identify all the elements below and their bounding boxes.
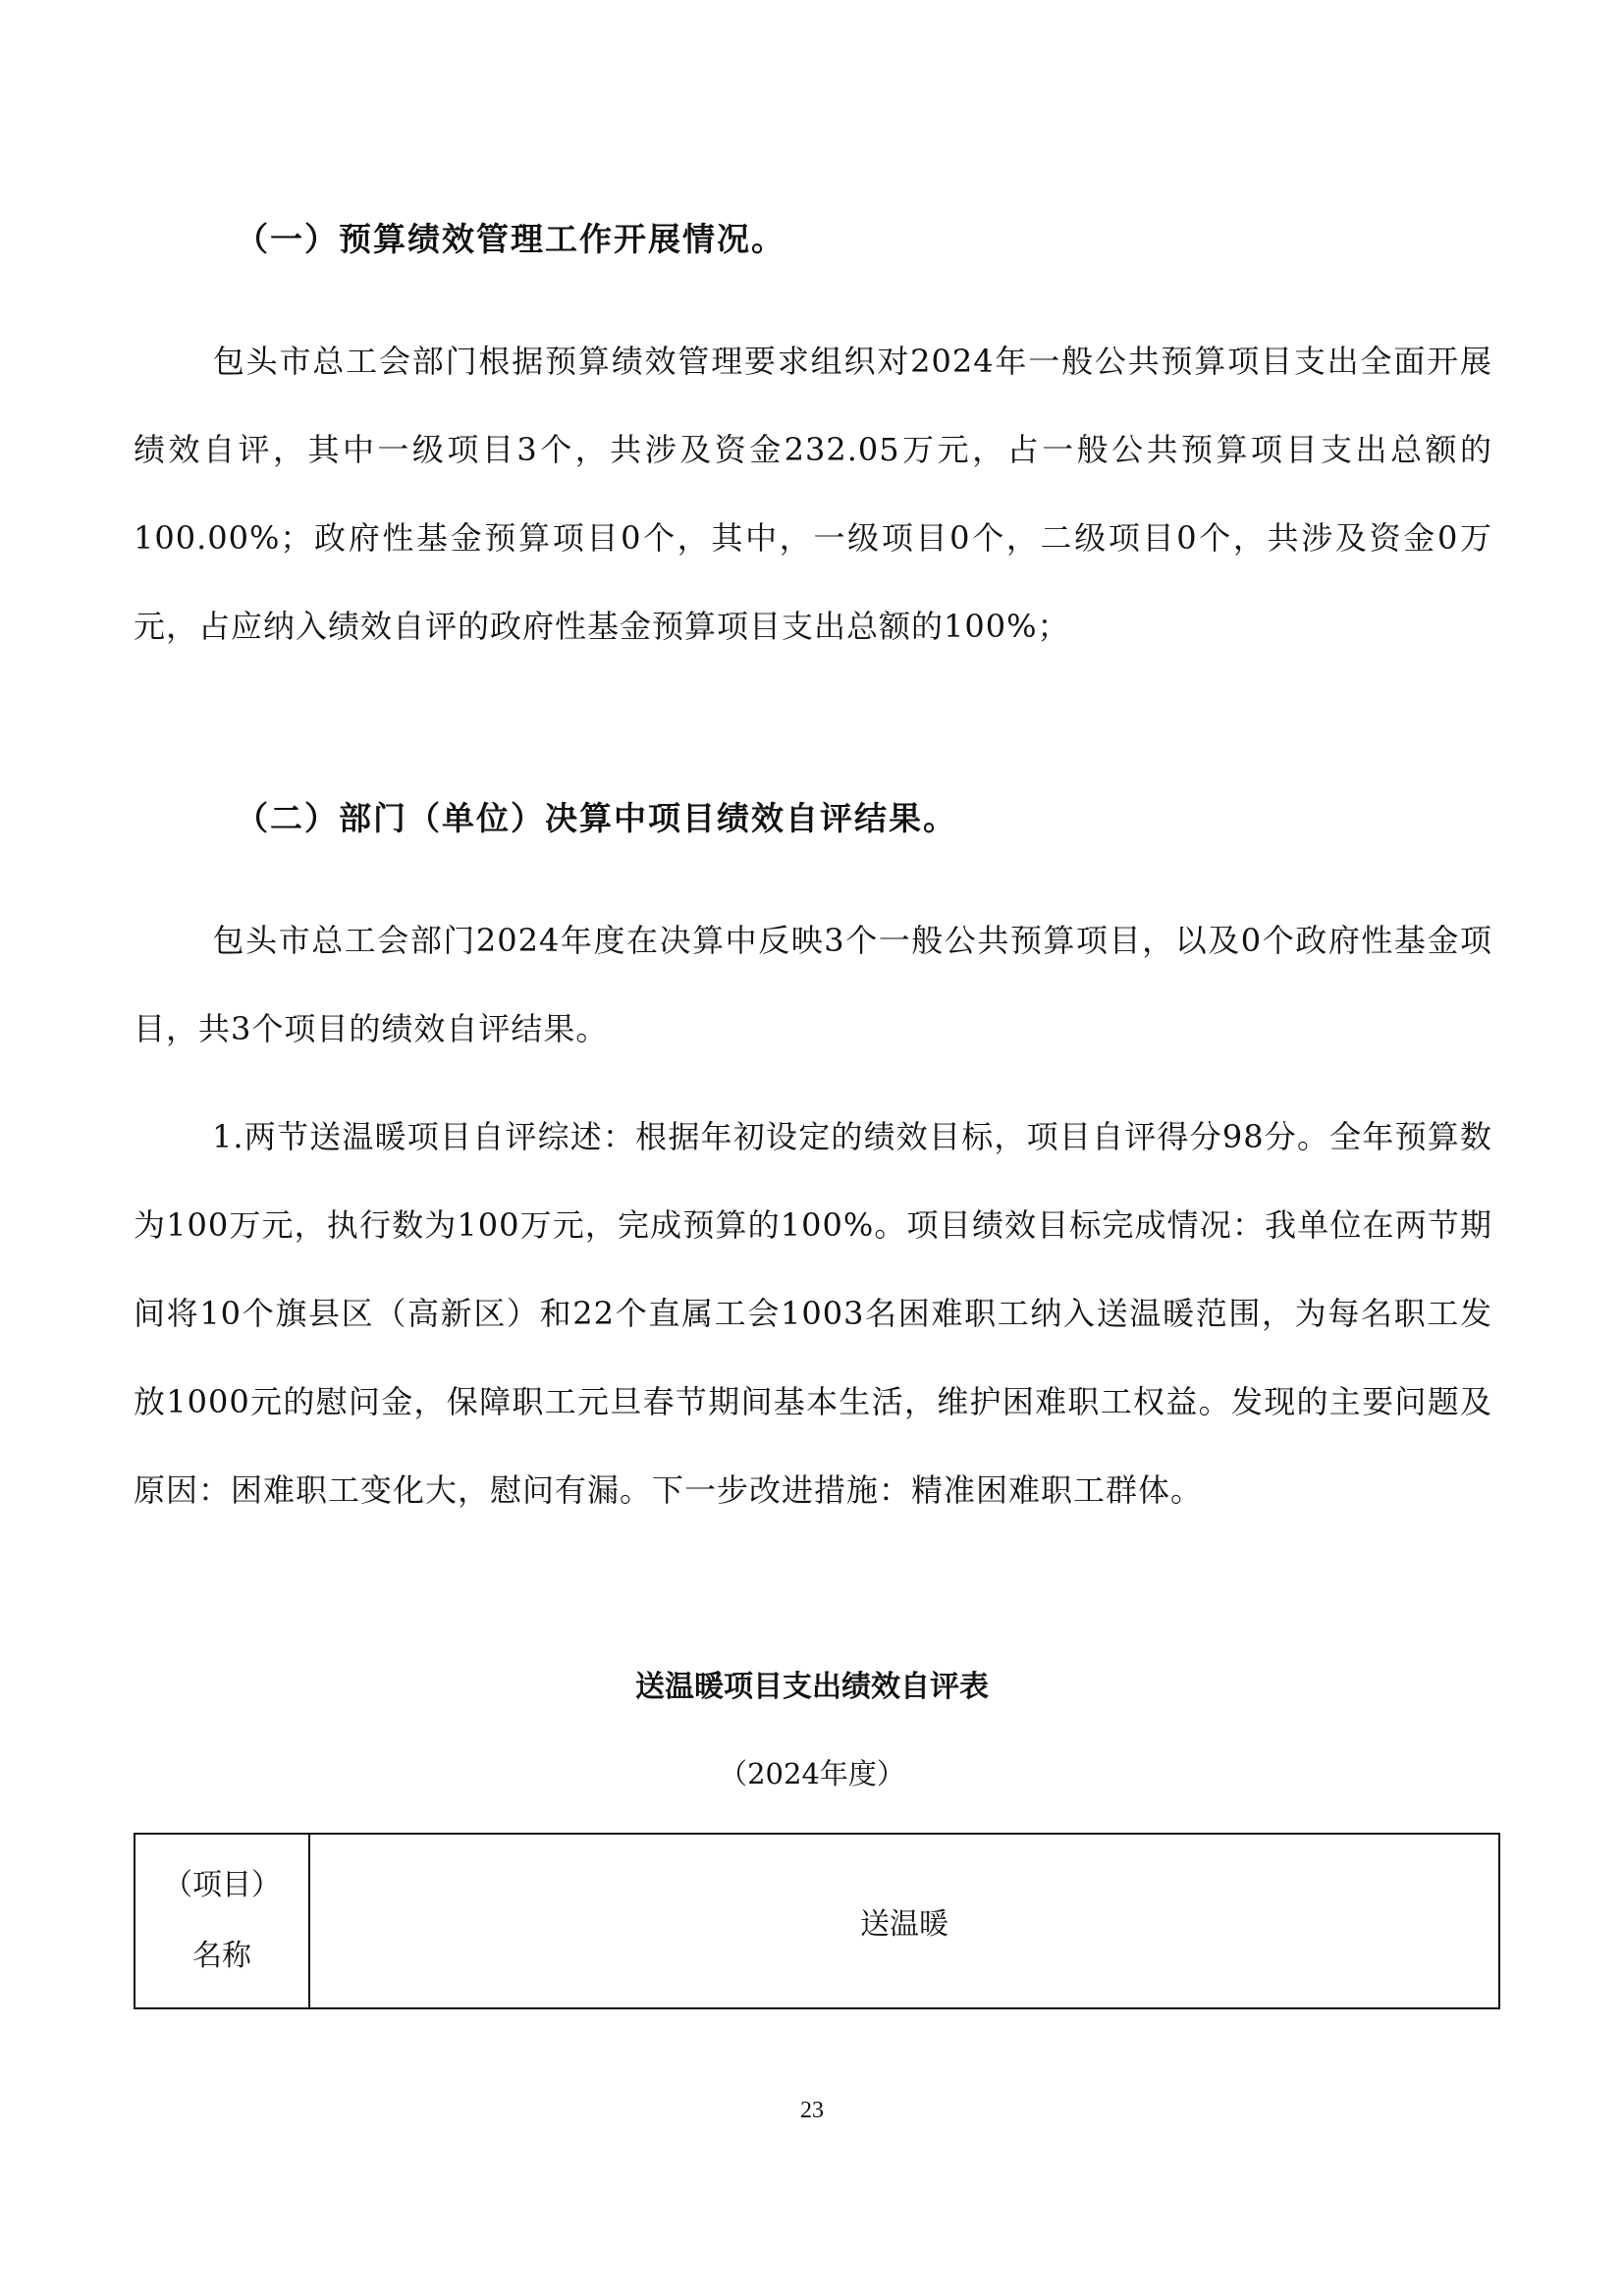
- document-page: （一）预算绩效管理工作开展情况。 包头市总工会部门根据预算绩效管理要求组织对20…: [0, 0, 1624, 2296]
- table-row: （项目） 名称 送温暖: [135, 1834, 1499, 2008]
- table-title: 送温暖项目支出绩效自评表: [0, 1662, 1624, 1705]
- paragraph-text: 1.两节送温暖项目自评综述：根据年初设定的绩效目标，项目自评得分98分。全年预算…: [134, 1118, 1492, 1509]
- table-cell-value: 送温暖: [309, 1834, 1499, 2008]
- paragraph-results-summary: 包头市总工会部门2024年度在决算中反映3个一般公共预算项目，以及0个政府性基金…: [134, 896, 1492, 1073]
- evaluation-table: （项目） 名称 送温暖: [134, 1833, 1500, 2009]
- paragraph-text: 包头市总工会部门根据预算绩效管理要求组织对2024年一般公共预算项目支出全面开展…: [134, 343, 1492, 645]
- label-line-1: （项目）: [136, 1850, 307, 1921]
- paragraph-budget-performance: 包头市总工会部门根据预算绩效管理要求组织对2024年一般公共预算项目支出全面开展…: [134, 317, 1492, 670]
- label-line-2: 名称: [136, 1921, 307, 1992]
- paragraph-project-1: 1.两节送温暖项目自评综述：根据年初设定的绩效目标，项目自评得分98分。全年预算…: [134, 1093, 1492, 1534]
- section-heading-2: （二）部门（单位）决算中项目绩效自评结果。: [236, 793, 957, 839]
- page-number: 23: [0, 2098, 1624, 2124]
- section-heading-1: （一）预算绩效管理工作开展情况。: [236, 214, 785, 260]
- table-subtitle: （2024年度）: [0, 1752, 1624, 1792]
- paragraph-text: 包头市总工会部门2024年度在决算中反映3个一般公共预算项目，以及0个政府性基金…: [134, 922, 1492, 1047]
- table-cell-label: （项目） 名称: [135, 1834, 309, 2008]
